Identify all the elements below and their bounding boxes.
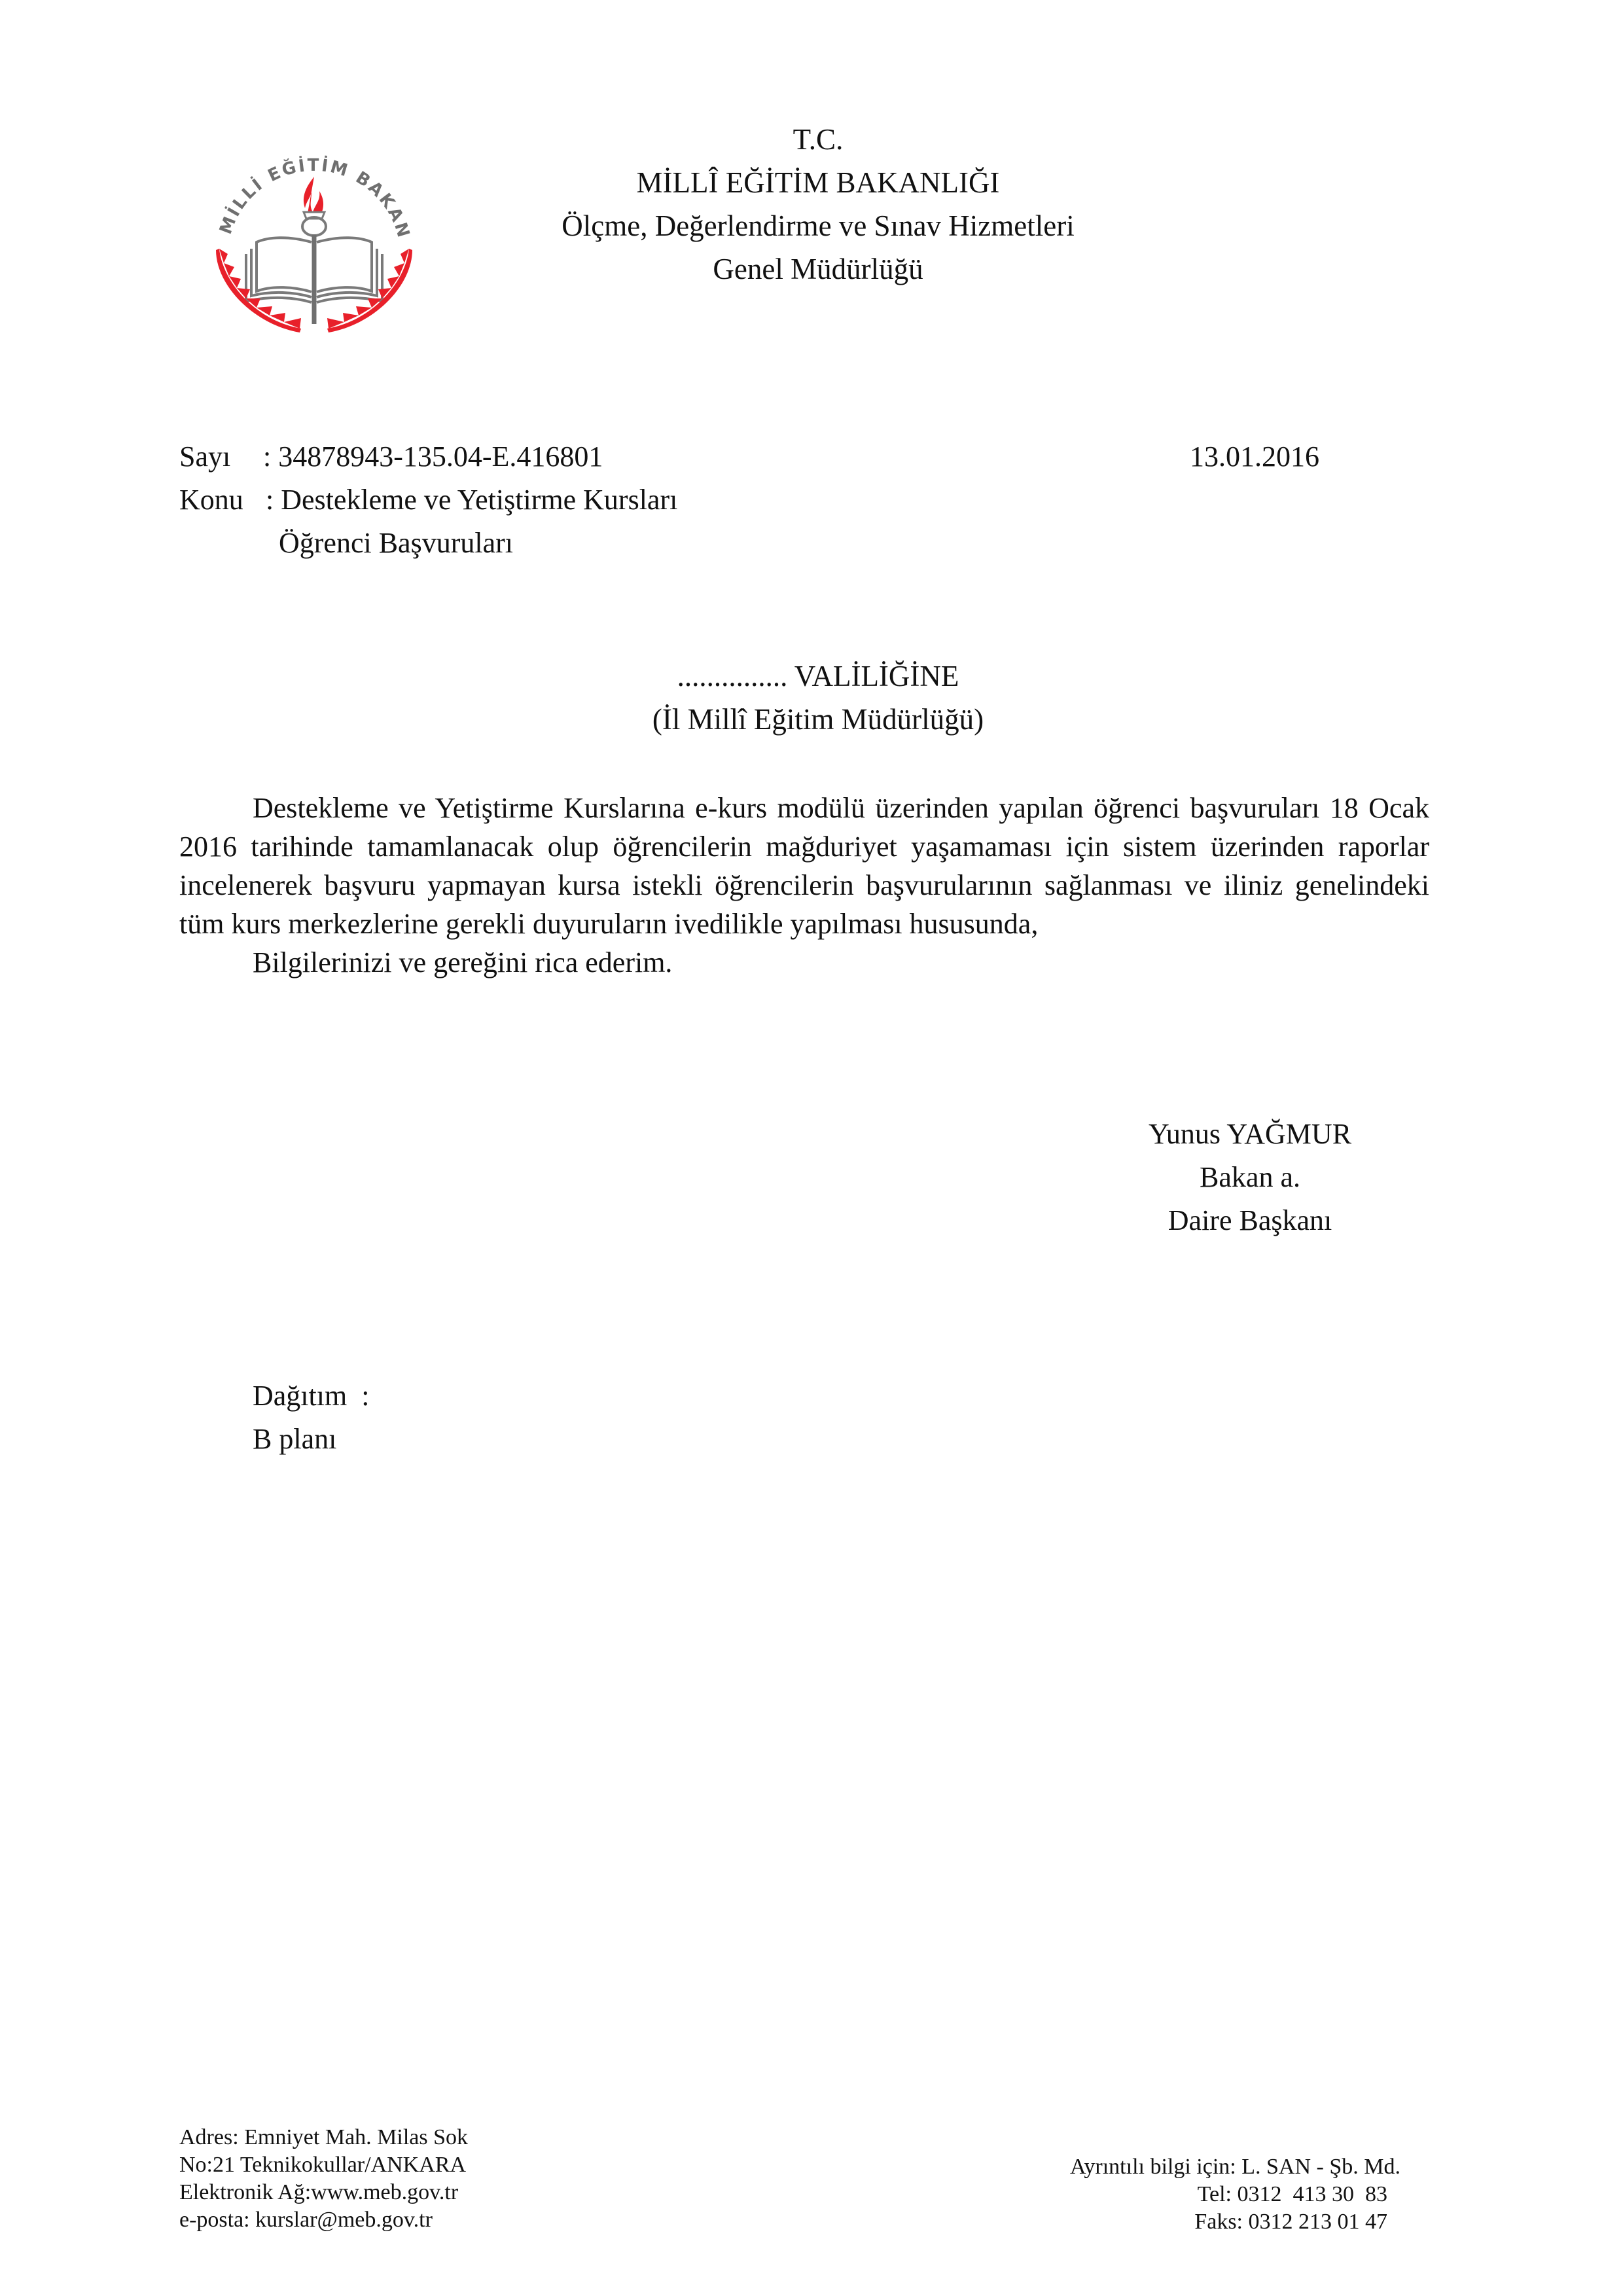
header-department: Ölçme, Değerlendirme ve Sınav Hizmetleri — [458, 204, 1178, 247]
signature-block: Yunus YAĞMUR Bakan a. Daire Başkanı — [1073, 1113, 1427, 1242]
footer-contact-person: Ayrıntılı bilgi için: L. SAN - Şb. Md. — [1034, 2153, 1400, 2181]
signatory-title: Daire Başkanı — [1073, 1199, 1427, 1242]
sayi-row: Sayı : 34878943-135.04-E.416801 — [179, 435, 677, 478]
ministry-of-education-emblem-icon: T.C. MİLLİ EĞİTİM BAKANLIĞI — [196, 124, 432, 347]
konu-value-line1: : Destekleme ve Yetiştirme Kursları — [266, 478, 677, 522]
signatory-on-behalf: Bakan a. — [1073, 1156, 1427, 1199]
header-tc: T.C. — [458, 118, 1178, 161]
header-ministry: MİLLÎ EĞİTİM BAKANLIĞI — [458, 161, 1178, 204]
svg-text:T.C. MİLLİ EĞİTİM BAKANLIĞI: T.C. MİLLİ EĞİTİM BAKANLIĞI — [196, 124, 414, 244]
sayi-value: : 34878943-135.04-E.416801 — [263, 435, 603, 478]
addressee: ............... VALİLİĞİNE (İl Millî Eği… — [458, 655, 1178, 741]
ministry-logo: T.C. MİLLİ EĞİTİM BAKANLIĞI — [196, 124, 432, 347]
konu-label: Konu — [179, 478, 266, 522]
reference-block: Sayı : 34878943-135.04-E.416801 Konu : D… — [179, 435, 677, 565]
header-directorate: Genel Müdürlüğü — [458, 247, 1178, 291]
footer-fax: Faks: 0312 213 01 47 — [1034, 2208, 1387, 2236]
closing-line: Bilgilerinizi ve gereğini rica ederim. — [179, 943, 1429, 982]
footer-address-line: No:21 Teknikokullar/ANKARA — [179, 2151, 468, 2179]
footer-email: e-posta: kurslar@meb.gov.tr — [179, 2206, 468, 2234]
addressee-line2: (İl Millî Eğitim Müdürlüğü) — [458, 698, 1178, 741]
konu-row: Konu : Destekleme ve Yetiştirme Kursları — [179, 478, 677, 522]
addressee-line1: ............... VALİLİĞİNE — [458, 655, 1178, 698]
footer-address-line: Adres: Emniyet Mah. Milas Sok — [179, 2124, 468, 2151]
distribution-value: B planı — [253, 1418, 369, 1461]
distribution-block: Dağıtım : B planı — [253, 1374, 369, 1461]
body-paragraph: Destekleme ve Yetiştirme Kurslarına e-ku… — [179, 789, 1429, 943]
document-date: 13.01.2016 — [1190, 435, 1319, 478]
konu-indent — [179, 522, 279, 565]
footer-phone: Tel: 0312 413 30 83 — [1034, 2181, 1387, 2208]
footer-contact: Ayrıntılı bilgi için: L. SAN - Şb. Md. T… — [1034, 2153, 1400, 2236]
signatory-name: Yunus YAĞMUR — [1073, 1113, 1427, 1156]
footer-website: Elektronik Ağ:www.meb.gov.tr — [179, 2179, 468, 2206]
distribution-label: Dağıtım : — [253, 1374, 369, 1418]
konu-value-line2: Öğrenci Başvuruları — [279, 522, 513, 565]
footer-address: Adres: Emniyet Mah. Milas Sok No:21 Tekn… — [179, 2124, 468, 2234]
konu-row-2: Öğrenci Başvuruları — [179, 522, 677, 565]
letter-body: Destekleme ve Yetiştirme Kurslarına e-ku… — [179, 789, 1429, 982]
